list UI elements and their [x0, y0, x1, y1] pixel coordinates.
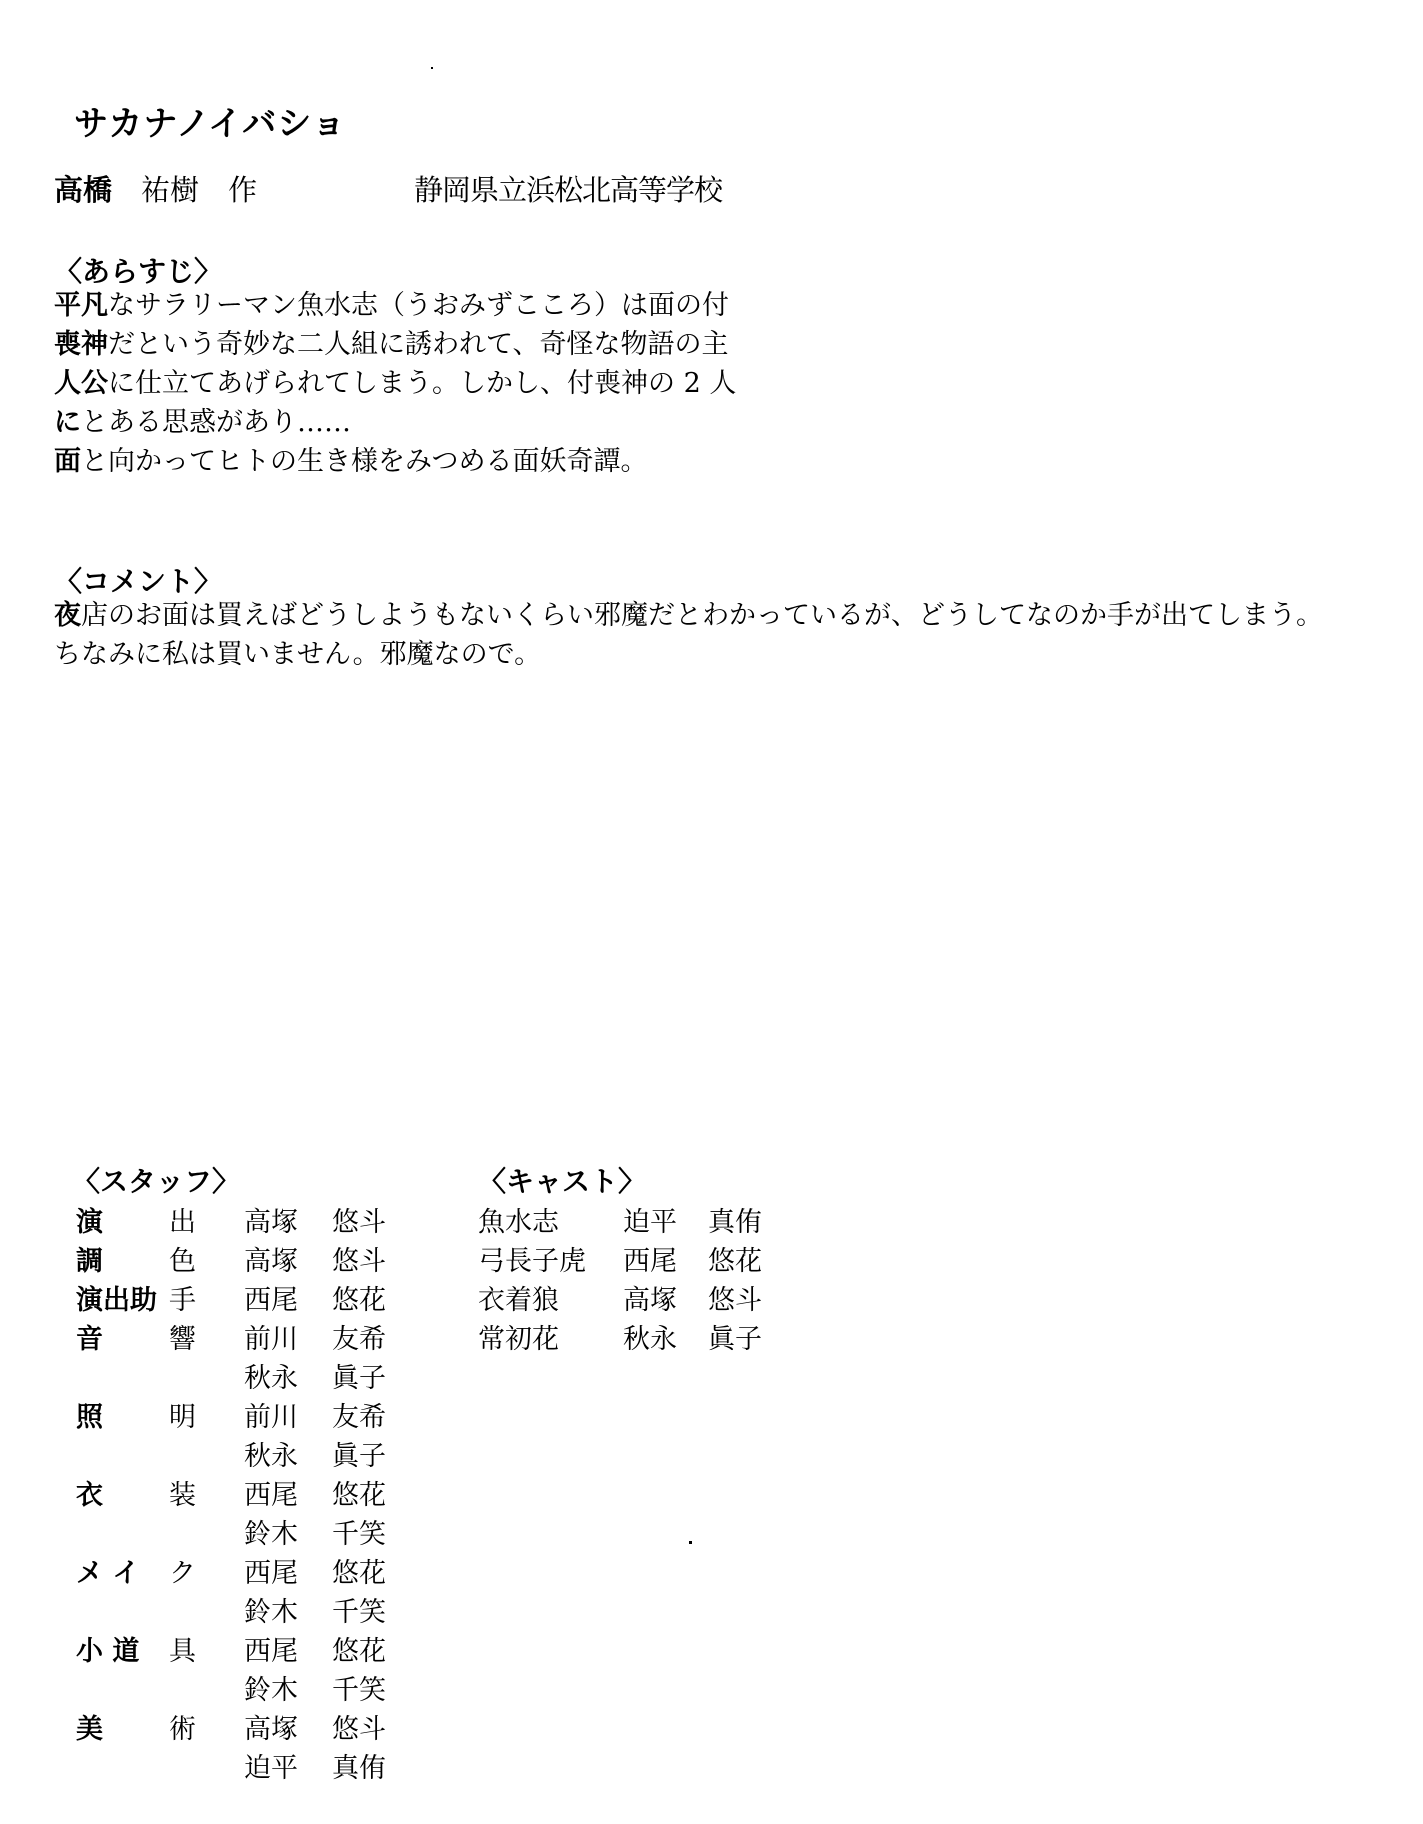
- cast-table: 魚水志迫平真侑弓長子虎西尾悠花衣着狼高塚悠斗常初花秋永眞子: [478, 1200, 762, 1356]
- role-part: 衣: [76, 1473, 103, 1512]
- staff-row: 調色高塚悠斗: [76, 1239, 412, 1278]
- role-part: メ イ: [76, 1551, 139, 1590]
- staff-row: 演出助手西尾悠花: [76, 1278, 412, 1317]
- staff-role: 照明: [76, 1395, 244, 1434]
- line-text: だという奇妙な二人組に誘われて、奇怪な物語の主: [108, 329, 728, 360]
- staff-given-name: 友希: [332, 1395, 412, 1434]
- staff-role: 演出助手: [76, 1278, 244, 1317]
- cast-row: 魚水志迫平真侑: [478, 1200, 762, 1239]
- role-part: 美: [76, 1707, 103, 1746]
- staff-given-name: 悠斗: [332, 1239, 412, 1278]
- staff-heading: 〈スタッフ〉: [72, 1160, 240, 1200]
- staff-given-name: 千笑: [332, 1590, 412, 1629]
- staff-role: [76, 1668, 244, 1707]
- role-part: 音: [76, 1317, 103, 1356]
- cast-given-name: 悠花: [708, 1239, 762, 1278]
- line-lead: 平凡: [54, 290, 108, 321]
- synopsis-line: 面と向かってヒトの生き様をみつめる面妖奇譚。: [54, 442, 736, 481]
- staff-role: [76, 1512, 244, 1551]
- staff-row: メ イク西尾悠花: [76, 1551, 412, 1590]
- line-text: 店のお面は買えばどうしようもないくらい邪魔だとわかっているが、どうしてなのか手が…: [81, 600, 1323, 631]
- staff-surname: 西尾: [244, 1278, 332, 1317]
- cast-surname: 秋永: [623, 1317, 708, 1356]
- staff-given-name: 悠花: [332, 1473, 412, 1512]
- staff-row: 衣装西尾悠花: [76, 1473, 412, 1512]
- staff-role: 衣装: [76, 1473, 244, 1512]
- staff-given-name: 悠花: [332, 1629, 412, 1668]
- staff-row: 秋永眞子: [76, 1356, 412, 1395]
- author-byline: 高橋 祐樹 作: [54, 168, 257, 209]
- staff-surname: 西尾: [244, 1473, 332, 1512]
- cast-character: 弓長子虎: [478, 1239, 623, 1278]
- staff-surname: 高塚: [244, 1239, 332, 1278]
- staff-role: [76, 1434, 244, 1473]
- staff-surname: 前川: [244, 1395, 332, 1434]
- staff-role: 美術: [76, 1707, 244, 1746]
- line-lead: 喪神: [54, 329, 108, 360]
- comment-line: ちなみに私は買いません。邪魔なので。: [54, 635, 1323, 674]
- staff-row: 照明前川友希: [76, 1395, 412, 1434]
- role-part: 調: [76, 1239, 103, 1278]
- staff-surname: 鈴木: [244, 1668, 332, 1707]
- line-lead: 夜: [54, 600, 81, 631]
- staff-surname: 高塚: [244, 1707, 332, 1746]
- staff-role: 小 道具: [76, 1629, 244, 1668]
- cast-given-name: 真侑: [708, 1200, 762, 1239]
- staff-surname: 高塚: [244, 1200, 332, 1239]
- role-part: ク: [169, 1551, 196, 1590]
- staff-row: 音響前川友希: [76, 1317, 412, 1356]
- staff-surname: 秋永: [244, 1356, 332, 1395]
- role-part: 明: [169, 1395, 196, 1434]
- cast-character: 常初花: [478, 1317, 623, 1356]
- staff-role: [76, 1356, 244, 1395]
- staff-surname: 秋永: [244, 1434, 332, 1473]
- staff-row: 鈴木千笑: [76, 1590, 412, 1629]
- staff-surname: 迫平: [244, 1746, 332, 1785]
- cast-surname: 西尾: [623, 1239, 708, 1278]
- line-text: なサラリーマン魚水志（うおみずこころ）は面の付: [108, 290, 729, 321]
- role-part: 具: [169, 1629, 196, 1668]
- role-part: 手: [169, 1278, 196, 1317]
- staff-given-name: 悠斗: [332, 1200, 412, 1239]
- staff-row: 迫平真侑: [76, 1746, 412, 1785]
- role-part: 出: [169, 1200, 196, 1239]
- cast-character: 魚水志: [478, 1200, 623, 1239]
- staff-role: 音響: [76, 1317, 244, 1356]
- staff-role: [76, 1746, 244, 1785]
- line-lead: に: [54, 407, 81, 438]
- cast-given-name: 眞子: [708, 1317, 762, 1356]
- staff-row: 小 道具西尾悠花: [76, 1629, 412, 1668]
- cast-surname: 高塚: [623, 1278, 708, 1317]
- line-text: ちなみに私は買いません。邪魔なので。: [54, 639, 541, 670]
- scan-speck: [431, 67, 433, 69]
- author-surname: 高橋: [54, 173, 112, 207]
- cast-row: 衣着狼高塚悠斗: [478, 1278, 762, 1317]
- role-part: 小 道: [76, 1629, 139, 1668]
- staff-given-name: 悠花: [332, 1278, 412, 1317]
- role-part: 色: [169, 1239, 196, 1278]
- staff-surname: 西尾: [244, 1629, 332, 1668]
- role-part: 照: [76, 1395, 103, 1434]
- staff-given-name: 悠斗: [332, 1707, 412, 1746]
- staff-surname: 西尾: [244, 1551, 332, 1590]
- cast-row: 弓長子虎西尾悠花: [478, 1239, 762, 1278]
- staff-row: 鈴木千笑: [76, 1512, 412, 1551]
- staff-given-name: 眞子: [332, 1434, 412, 1473]
- synopsis-line: にとある思惑があり……: [54, 403, 736, 442]
- staff-given-name: 友希: [332, 1317, 412, 1356]
- comment-heading: 〈コメント〉: [54, 560, 222, 600]
- staff-given-name: 真侑: [332, 1746, 412, 1785]
- staff-table: 演出高塚悠斗調色高塚悠斗演出助手西尾悠花音響前川友希秋永眞子照明前川友希秋永眞子…: [76, 1200, 412, 1785]
- comment-line: 夜店のお面は買えばどうしようもないくらい邪魔だとわかっているが、どうしてなのか手…: [54, 596, 1323, 635]
- synopsis-heading: 〈あらすじ〉: [54, 250, 222, 290]
- staff-row: 演出高塚悠斗: [76, 1200, 412, 1239]
- staff-row: 秋永眞子: [76, 1434, 412, 1473]
- synopsis-line: 人公に仕立てあげられてしまう。しかし、付喪神の 2 人: [54, 364, 736, 403]
- staff-row: 鈴木千笑: [76, 1668, 412, 1707]
- comment-body: 夜店のお面は買えばどうしようもないくらい邪魔だとわかっているが、どうしてなのか手…: [54, 596, 1323, 674]
- cast-character: 衣着狼: [478, 1278, 623, 1317]
- cast-surname: 迫平: [623, 1200, 708, 1239]
- scan-speck: [689, 1541, 692, 1544]
- staff-given-name: 千笑: [332, 1512, 412, 1551]
- play-title: サカナノイバショ: [74, 96, 347, 145]
- line-lead: 人公: [54, 368, 108, 399]
- staff-role: [76, 1590, 244, 1629]
- role-part: 演: [76, 1200, 103, 1239]
- staff-role: メ イク: [76, 1551, 244, 1590]
- staff-role: 調色: [76, 1239, 244, 1278]
- cast-row: 常初花秋永眞子: [478, 1317, 762, 1356]
- author-given-name: 祐樹: [141, 173, 199, 207]
- staff-given-name: 悠花: [332, 1551, 412, 1590]
- staff-row: 美術高塚悠斗: [76, 1707, 412, 1746]
- role-part: 術: [169, 1707, 196, 1746]
- cast-heading: 〈キャスト〉: [478, 1160, 646, 1200]
- cast-given-name: 悠斗: [708, 1278, 762, 1317]
- author-suffix: 作: [228, 173, 257, 207]
- school-name: 静岡県立浜松北高等学校: [414, 168, 722, 209]
- staff-surname: 鈴木: [244, 1590, 332, 1629]
- role-part: 演出助: [76, 1278, 157, 1317]
- staff-role: 演出: [76, 1200, 244, 1239]
- line-text: とある思惑があり……: [81, 407, 351, 438]
- line-text: に仕立てあげられてしまう。しかし、付喪神の 2 人: [108, 368, 736, 399]
- staff-given-name: 眞子: [332, 1356, 412, 1395]
- synopsis-line: 平凡なサラリーマン魚水志（うおみずこころ）は面の付: [54, 286, 736, 325]
- line-lead: 面: [54, 446, 81, 477]
- role-part: 響: [169, 1317, 196, 1356]
- staff-given-name: 千笑: [332, 1668, 412, 1707]
- staff-surname: 前川: [244, 1317, 332, 1356]
- synopsis-line: 喪神だという奇妙な二人組に誘われて、奇怪な物語の主: [54, 325, 736, 364]
- synopsis-body: 平凡なサラリーマン魚水志（うおみずこころ）は面の付 喪神だという奇妙な二人組に誘…: [54, 286, 736, 481]
- line-text: と向かってヒトの生き様をみつめる面妖奇譚。: [81, 446, 647, 477]
- staff-surname: 鈴木: [244, 1512, 332, 1551]
- role-part: 装: [169, 1473, 196, 1512]
